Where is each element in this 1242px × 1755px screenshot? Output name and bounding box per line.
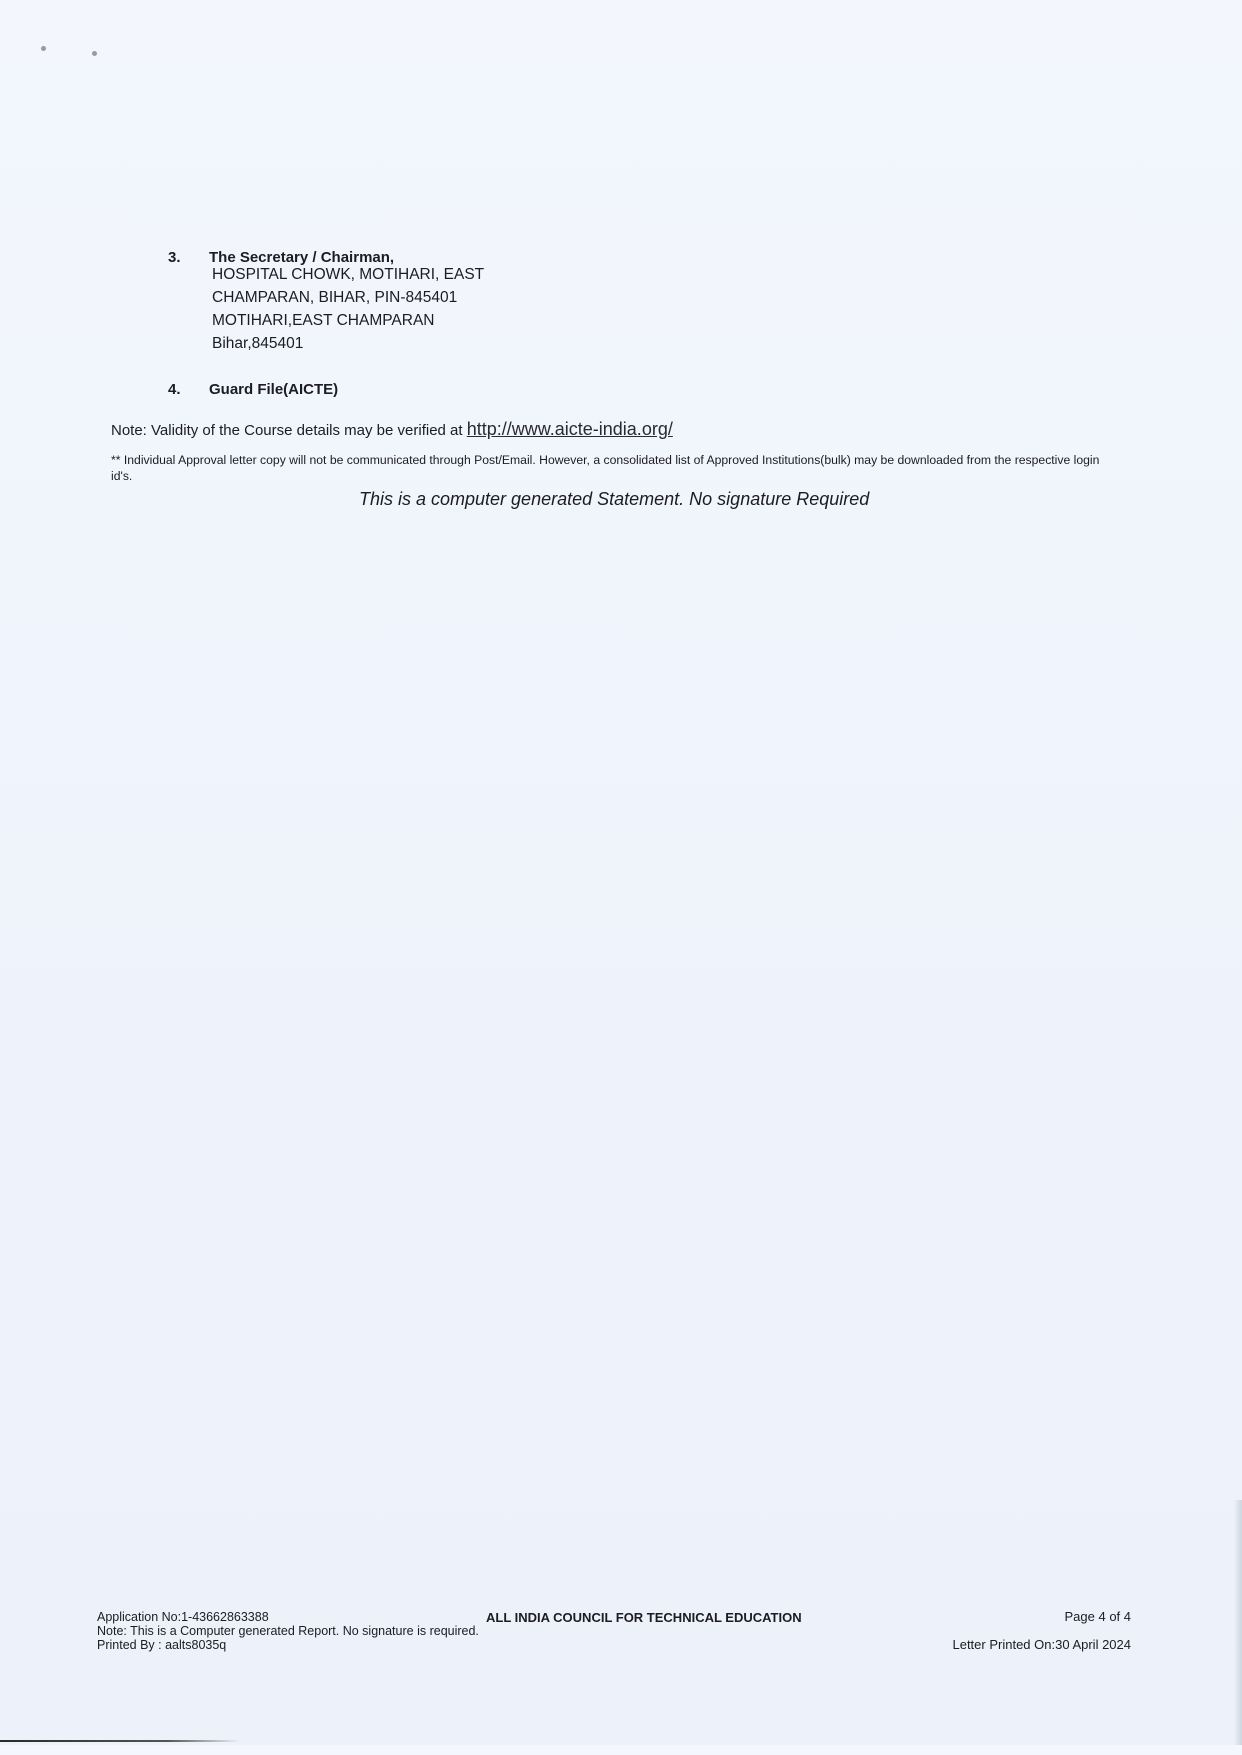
approval-letter-note: ** Individual Approval letter copy will … xyxy=(111,452,1121,484)
footer-left: Application No:1-43662863388 Note: This … xyxy=(97,1610,479,1652)
recipient-address: HOSPITAL CHOWK, MOTIHARI, EAST CHAMPARAN… xyxy=(212,263,484,355)
scan-artifact-mark xyxy=(92,51,97,56)
document-page: 3. The Secretary / Chairman, HOSPITAL CH… xyxy=(0,0,1242,1745)
computer-generated-statement: This is a computer generated Statement. … xyxy=(359,489,869,510)
validity-note-text: Note: Validity of the Course details may… xyxy=(111,422,467,439)
report-note: Note: This is a Computer generated Repor… xyxy=(97,1624,479,1638)
scan-bottom-edge-line xyxy=(0,1740,240,1742)
address-line: MOTIHARI,EAST CHAMPARAN xyxy=(212,309,484,332)
recipient-number: 4. xyxy=(168,381,181,398)
address-line: CHAMPARAN, BIHAR, PIN-845401 xyxy=(212,286,484,309)
validity-note: Note: Validity of the Course details may… xyxy=(111,419,673,440)
application-number: Application No:1-43662863388 xyxy=(97,1610,479,1624)
scan-bottom-strip xyxy=(0,1745,1242,1755)
printed-on-date: Letter Printed On:30 April 2024 xyxy=(952,1637,1131,1652)
printed-by: Printed By : aalts8035q xyxy=(97,1638,479,1652)
organization-name: ALL INDIA COUNCIL FOR TECHNICAL EDUCATIO… xyxy=(486,1610,802,1625)
address-line: HOSPITAL CHOWK, MOTIHARI, EAST xyxy=(212,263,484,286)
aicte-website-link[interactable]: http://www.aicte-india.org/ xyxy=(467,419,673,439)
address-line: Bihar,845401 xyxy=(212,332,484,355)
page-edge-shadow xyxy=(1234,1500,1242,1745)
scan-artifact-mark xyxy=(41,46,46,51)
recipient-number: 3. xyxy=(168,249,181,266)
recipient-title: Guard File(AICTE) xyxy=(209,381,338,398)
page-number: Page 4 of 4 xyxy=(1065,1609,1132,1624)
